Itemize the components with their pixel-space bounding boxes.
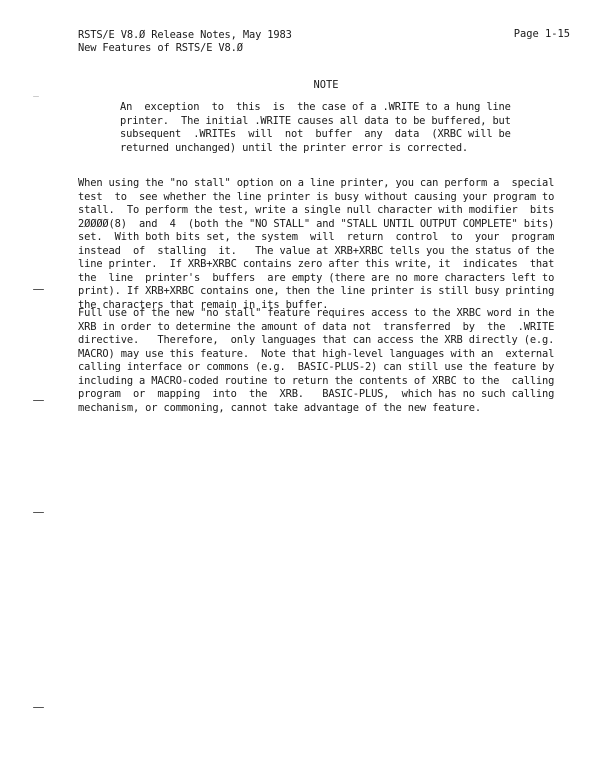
paragraph-line: calling interface or commons (e.g. BASIC…	[78, 361, 554, 375]
paragraph-line: Full use of the new "no stall" feature r…	[78, 307, 554, 321]
note-line: An exception to this is the case of a .W…	[120, 101, 511, 115]
paragraph-line: XRB in order to determine the amount of …	[78, 321, 554, 335]
paragraph-line: instead of stalling it. The value at XRB…	[78, 245, 554, 259]
note-line: subsequent .WRITEs will not buffer any d…	[120, 128, 511, 142]
document-header-title: RSTS/E V8.Ø Release Notes, May 1983	[78, 28, 292, 42]
paragraph-line: 2ØØØØ(8) and 4 (both the "NO STALL" and …	[78, 218, 554, 232]
paragraph-line: When using the "no stall" option on a li…	[78, 177, 554, 191]
binder-hole-mark	[33, 707, 44, 708]
paragraph-line: stall. To perform the test, write a sing…	[78, 204, 554, 218]
note-line: returned unchanged) until the printer er…	[120, 142, 511, 156]
note-body: An exception to this is the case of a .W…	[120, 101, 511, 155]
note-line: printer. The initial .WRITE causes all d…	[120, 115, 511, 129]
binder-hole-mark	[33, 289, 44, 290]
paragraph-line: including a MACRO-coded routine to retur…	[78, 375, 554, 389]
paragraph-line: program or mapping into the XRB. BASIC-P…	[78, 388, 554, 402]
document-header-section: New Features of RSTS/E V8.Ø	[78, 41, 243, 55]
paragraph-line: MACRO) may use this feature. Note that h…	[78, 348, 554, 362]
paragraph-line: line printer. If XRB+XRBC contains zero …	[78, 258, 554, 272]
page-number: Page 1-15	[514, 28, 570, 40]
binder-hole-mark	[33, 400, 44, 401]
paragraph-line: test to see whether the line printer is …	[78, 191, 554, 205]
paragraph-line: directive. Therefore, only languages tha…	[78, 334, 554, 348]
note-heading: NOTE	[24, 79, 604, 91]
paragraph-line: mechanism, or commoning, cannot take adv…	[78, 402, 554, 416]
paragraph-line: print). If XRB+XRBC contains one, then t…	[78, 285, 554, 299]
paragraph-full-use: Full use of the new "no stall" feature r…	[78, 307, 554, 415]
paragraph-line: set. With both bits set, the system will…	[78, 231, 554, 245]
binder-hole-mark	[33, 512, 44, 513]
paragraph-line: the line printer's buffers are empty (th…	[78, 272, 554, 286]
paragraph-no-stall-test: When using the "no stall" option on a li…	[78, 177, 554, 312]
binder-hole-mark	[33, 96, 39, 97]
